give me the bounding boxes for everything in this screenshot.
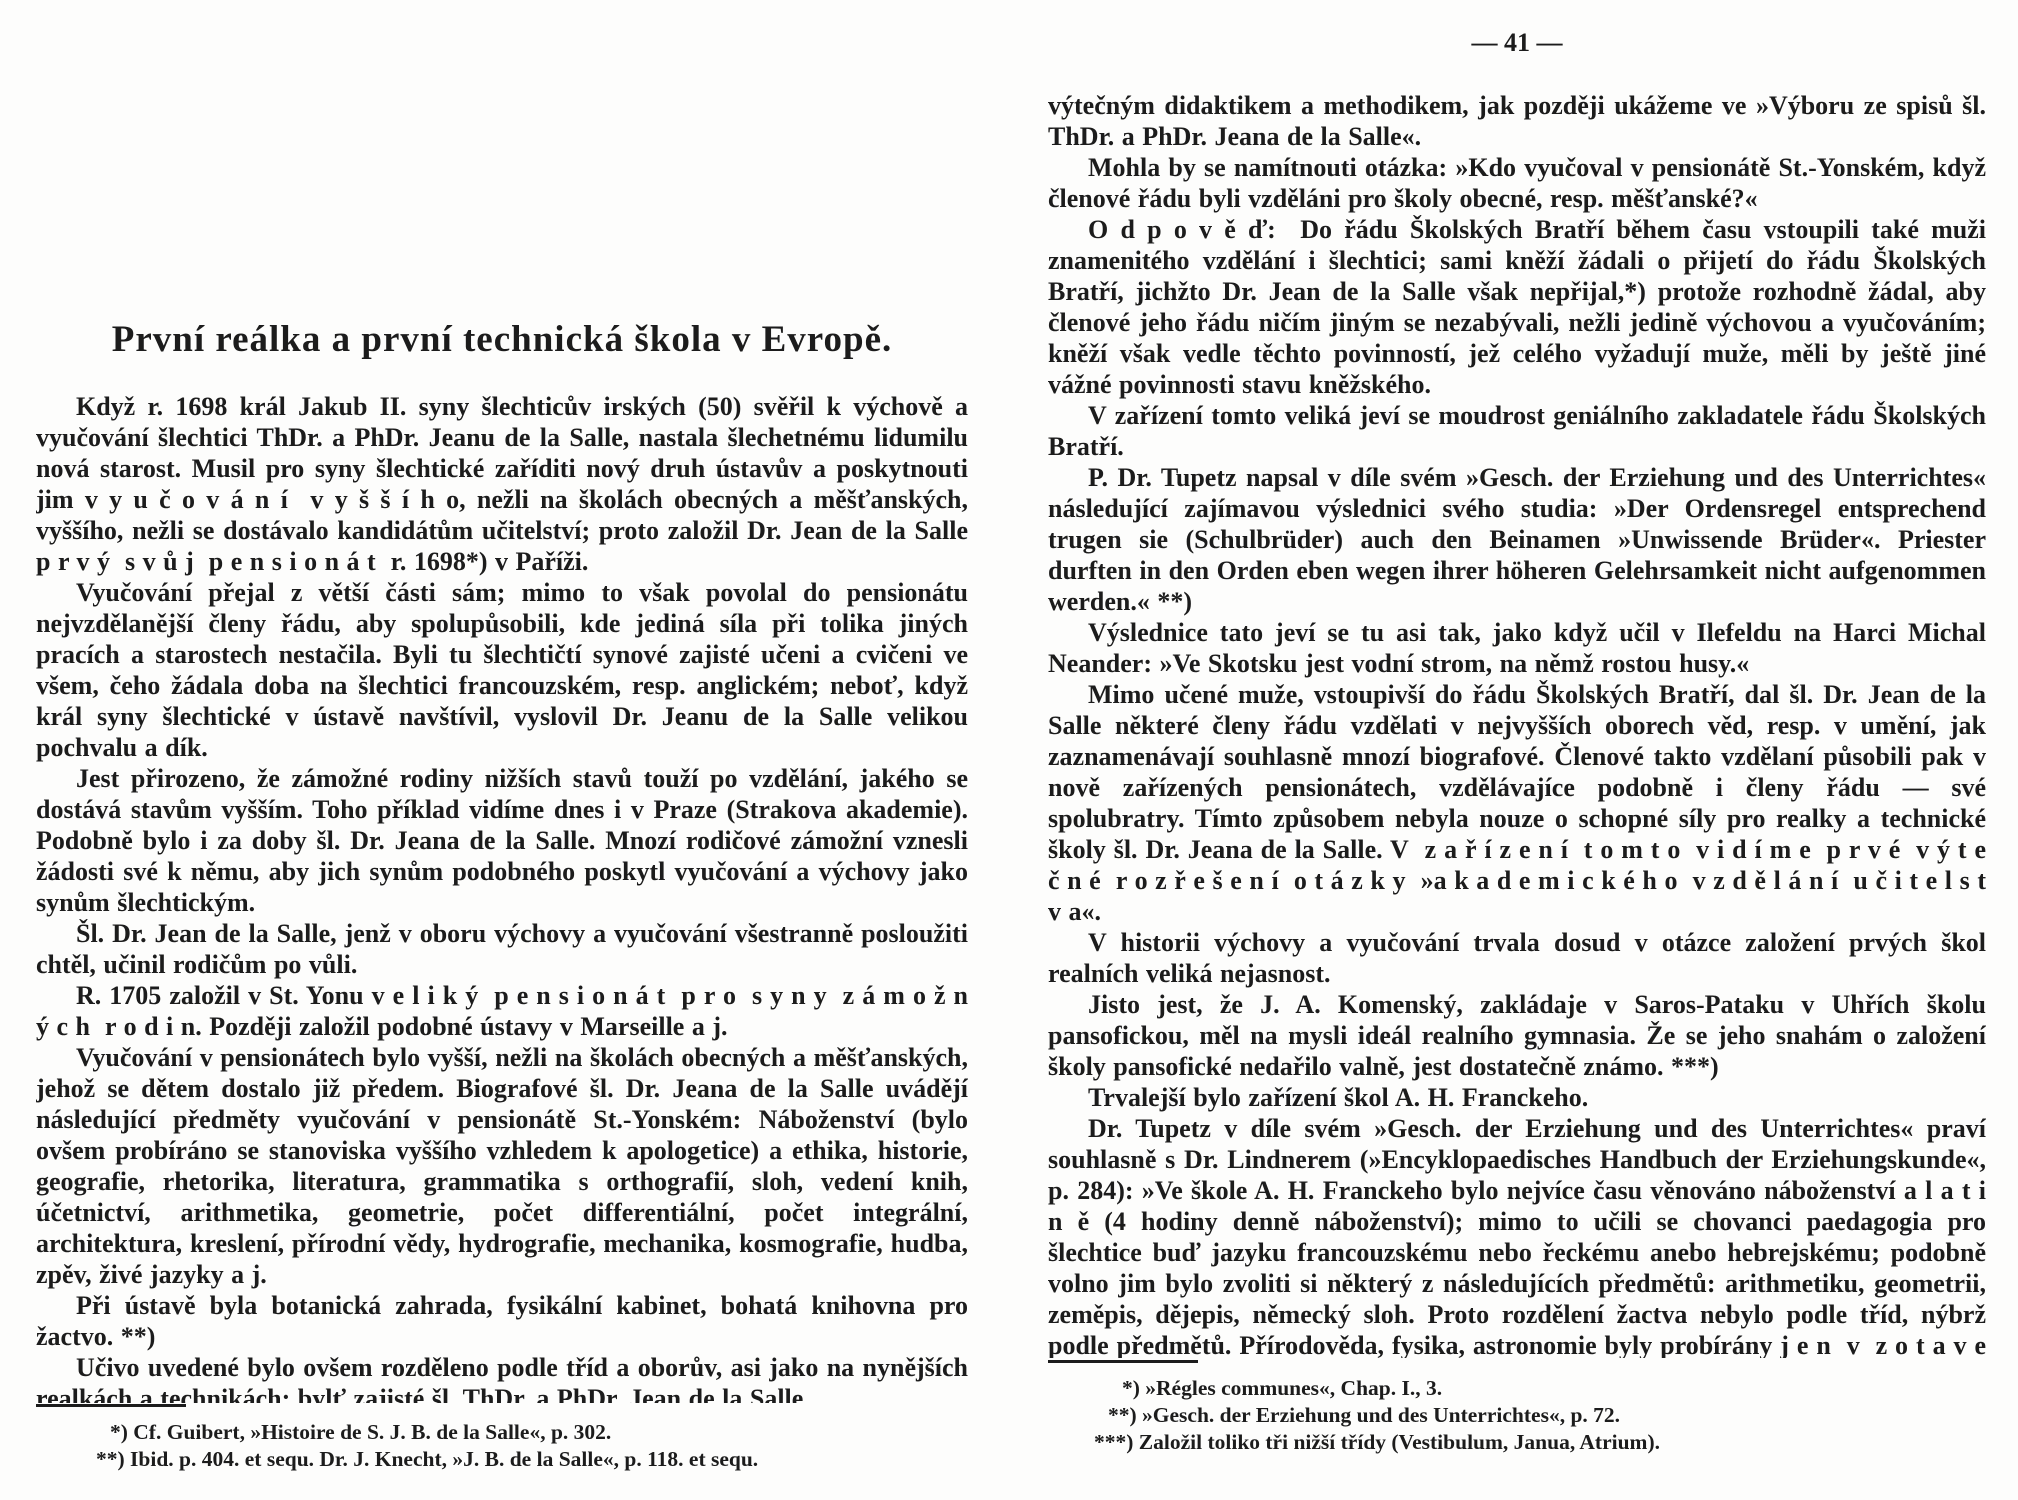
paragraph: Mohla by se namítnouti otázka: »Kdo vyuč… bbox=[1048, 152, 1986, 214]
paragraph: výtečným didaktikem a methodikem, jak po… bbox=[1048, 90, 1986, 152]
footnote: *) Cf. Guibert, »Histoire de S. J. B. de… bbox=[36, 1419, 968, 1446]
chapter-title: První reálka a první technická škola v E… bbox=[36, 318, 968, 361]
paragraph: Jest přirozeno, že zámožné rodiny nižšíc… bbox=[36, 763, 968, 918]
paragraph: V zařízení tomto veliká jeví se moudrost… bbox=[1048, 400, 1986, 462]
footnote-separator bbox=[1048, 1360, 1198, 1363]
footnote: **) »Gesch. der Erziehung und des Unterr… bbox=[1048, 1402, 1986, 1429]
paragraph: P. Dr. Tupetz napsal v díle svém »Gesch.… bbox=[1048, 462, 1986, 617]
paragraph: Šl. Dr. Jean de la Salle, jenž v oboru v… bbox=[36, 918, 968, 980]
paragraph: Při ústavě byla botanická zahrada, fysik… bbox=[36, 1290, 968, 1352]
book-spread: První reálka a první technická škola v E… bbox=[0, 0, 2018, 1500]
paragraph: Když r. 1698 král Jakub II. syny šlechti… bbox=[36, 391, 968, 577]
paragraph: Učivo uvedené bylo ovšem rozděleno podle… bbox=[36, 1352, 968, 1403]
left-page: První reálka a první technická škola v E… bbox=[36, 318, 968, 1403]
paragraph: Vyučování přejal z větší části sám; mimo… bbox=[36, 577, 968, 763]
page-number: — 41 — bbox=[1048, 28, 1986, 58]
paragraph: Výslednice tato jeví se tu asi tak, jako… bbox=[1048, 617, 1986, 679]
paragraph: Trvalejší bylo zařízení škol A. H. Franc… bbox=[1048, 1082, 1986, 1113]
paragraph: O d p o v ě ď: Do řádu Školských Bratří … bbox=[1048, 214, 1986, 400]
left-page-footnotes: *) Cf. Guibert, »Histoire de S. J. B. de… bbox=[36, 1404, 968, 1473]
paragraph: Mimo učené muže, vstoupivší do řádu Škol… bbox=[1048, 679, 1986, 927]
footnote: ***) Založil toliko tři nižší třídy (Ves… bbox=[1048, 1429, 1986, 1456]
footnote: *) »Régles communes«, Chap. I., 3. bbox=[1048, 1375, 1986, 1402]
paragraph: Vyučování v pensionátech bylo vyšší, než… bbox=[36, 1042, 968, 1290]
footnote: **) Ibid. p. 404. et sequ. Dr. J. Knecht… bbox=[36, 1446, 968, 1473]
paragraph: Jisto jest, že J. A. Komenský, zakládaje… bbox=[1048, 989, 1986, 1082]
paragraph: V historii výchovy a vyučování trvala do… bbox=[1048, 927, 1986, 989]
right-page-footnotes: *) »Régles communes«, Chap. I., 3. **) »… bbox=[1048, 1360, 1986, 1456]
paragraph: R. 1705 založil v St. Yonu v e l i k ý p… bbox=[36, 980, 968, 1042]
footnote-separator bbox=[36, 1404, 186, 1407]
right-page: — 41 — výtečným didaktikem a methodikem,… bbox=[1048, 28, 1986, 1358]
paragraph: Dr. Tupetz v díle svém »Gesch. der Erzie… bbox=[1048, 1113, 1986, 1358]
